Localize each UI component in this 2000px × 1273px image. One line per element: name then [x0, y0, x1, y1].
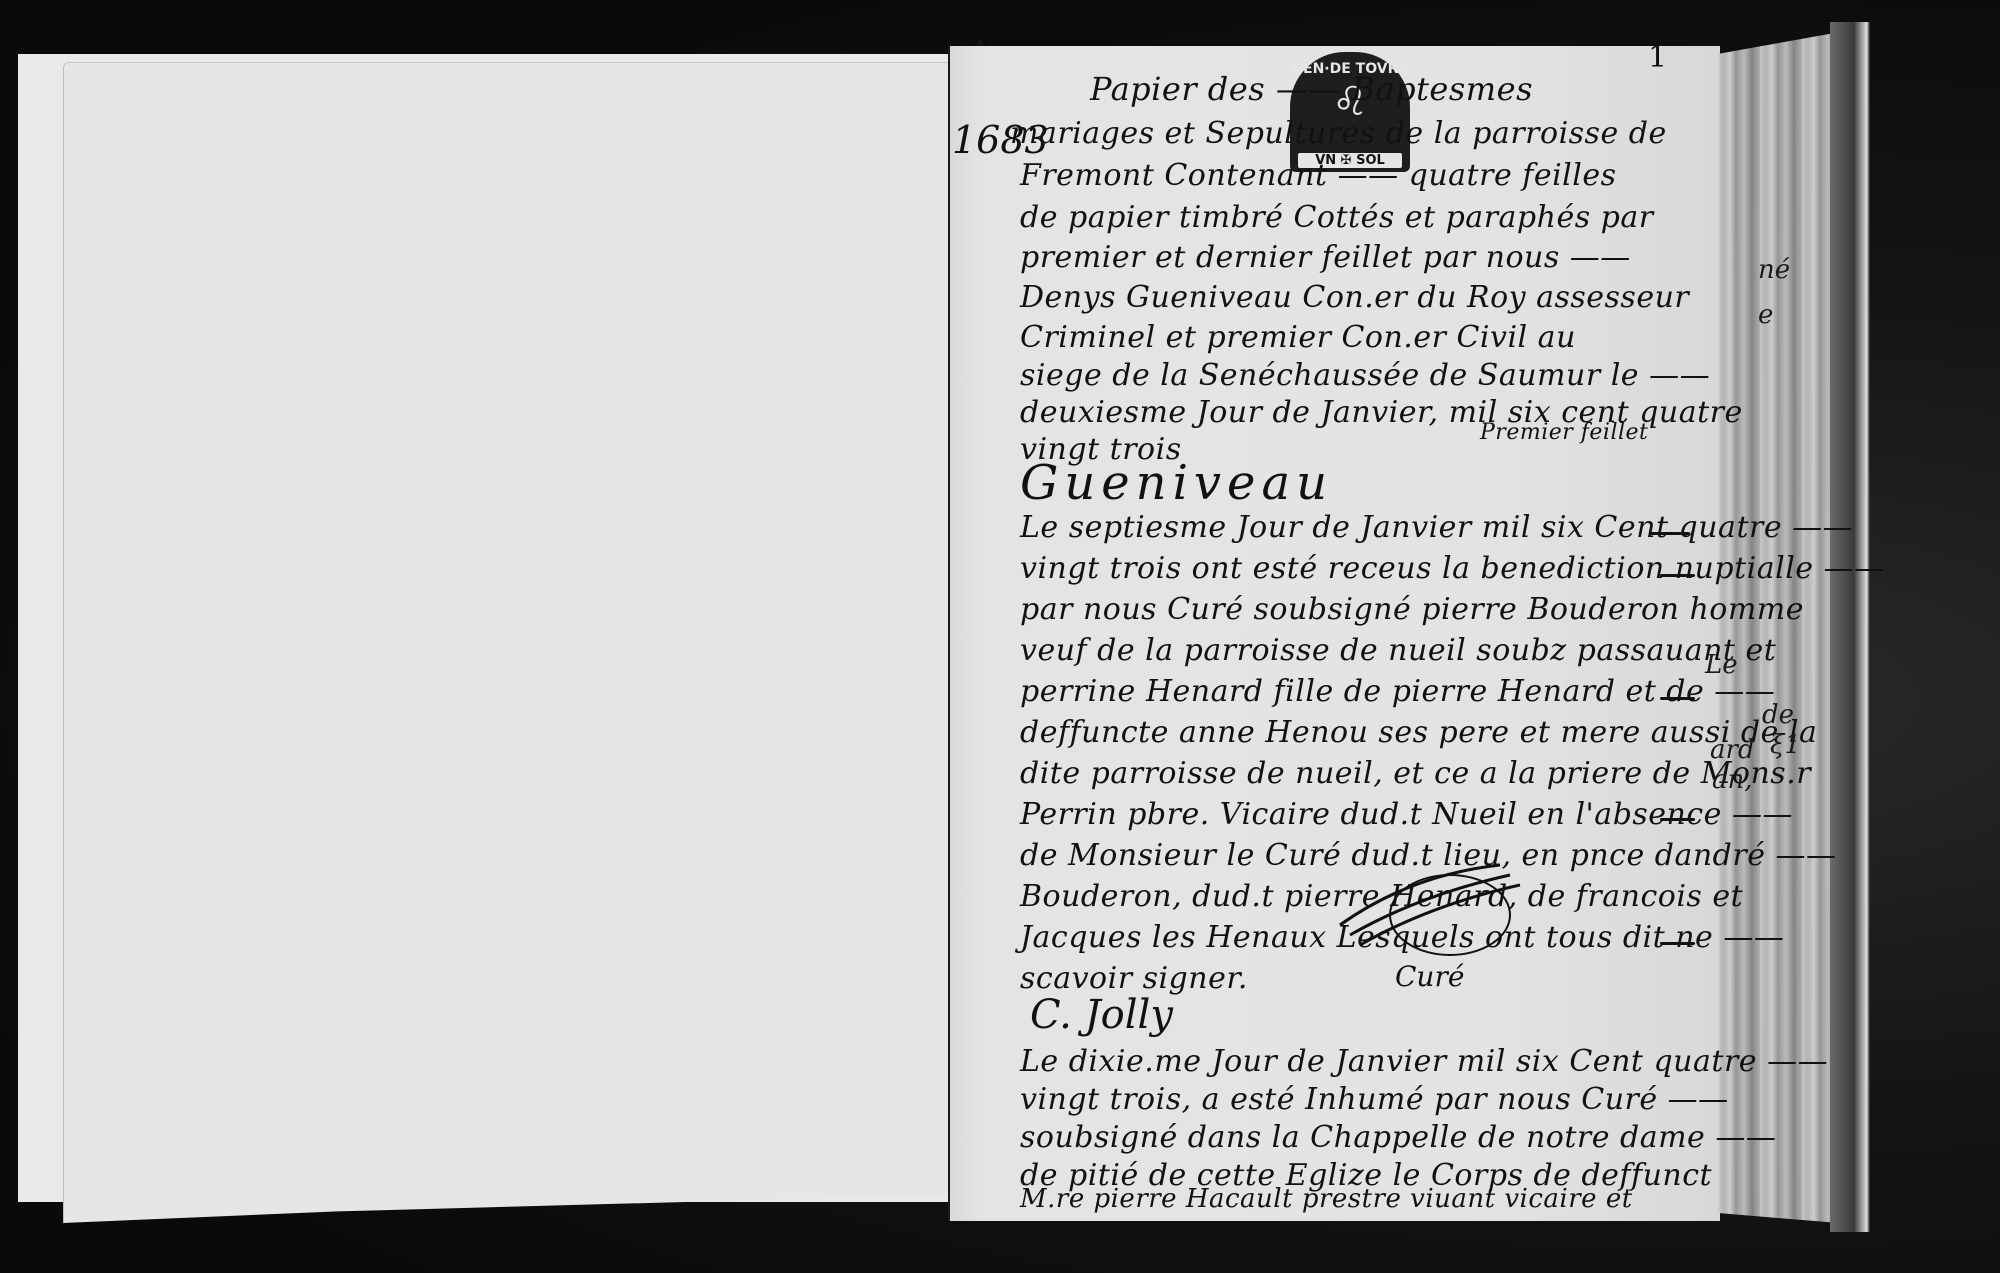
header-line: Papier des —— Baptesmes: [1090, 70, 1780, 108]
entry-1-line: deffuncte anne Henou ses pere et mere au…: [1020, 715, 1710, 750]
line-end-dash: [1650, 532, 1690, 535]
header-line: mariages et Sepultures de la parroisse d…: [1010, 116, 1700, 151]
entry-1-line: scavoir signer.: [1020, 961, 1220, 996]
signature-jolly: C. Jolly: [1030, 992, 1173, 1038]
fore-edge-fragment: de: [1762, 700, 1794, 730]
fore-edge-fragment: an,: [1712, 765, 1753, 795]
book-spine-edge: [1830, 22, 1870, 1232]
fore-edge-fragment: né: [1758, 255, 1790, 285]
header-line: de papier timbré Cottés et paraphés par: [1020, 200, 1710, 235]
header-line: Fremont Contenant —— quatre feilles: [1020, 158, 1710, 193]
entry-1-line: perrine Henard fille de pierre Henard et…: [1020, 674, 1710, 709]
signature-cure: Curé: [1395, 960, 1464, 993]
entry-1-line: par nous Curé soubsigné pierre Bouderon …: [1020, 592, 1710, 627]
entry-2-line: vingt trois, a esté Inhumé par nous Curé…: [1020, 1082, 1710, 1117]
line-end-dash: [1660, 574, 1695, 577]
paraph-signature: Gueniveau: [1020, 455, 1333, 511]
header-line: siege de la Senéchaussée de Saumur le ——: [1020, 358, 1710, 393]
entry-2-line: Le dixie.me Jour de Janvier mil six Cent…: [1020, 1044, 1710, 1079]
line-end-dash: [1660, 818, 1695, 821]
line-end-dash: [1660, 697, 1695, 700]
entry-2-line: soubsigné dans la Chappelle de notre dam…: [1020, 1120, 1710, 1155]
header-line: Denys Gueniveau Con.er du Roy assesseur: [1020, 280, 1710, 315]
entry-1-line: dite parroisse de nueil, et ce a la prie…: [1020, 756, 1710, 791]
signature-flourish-icon: [1330, 855, 1550, 965]
fore-edge-fragment: Le: [1705, 650, 1738, 680]
folio-note: Premier feillet: [1480, 420, 1660, 445]
entry-1-line: Le septiesme Jour de Janvier mil six Cen…: [1020, 510, 1710, 545]
blank-left-page: [63, 62, 979, 1223]
entry-1-line: Perrin pbre. Vicaire dud.t Nueil en l'ab…: [1020, 797, 1710, 832]
fore-edge-fragment: e: [1758, 300, 1773, 330]
entry-1-line: veuf de la parroisse de nueil soubz pass…: [1020, 633, 1710, 668]
header-line: premier et dernier feillet par nous ——: [1020, 240, 1710, 275]
fore-edge-fragment: ξ1: [1770, 730, 1801, 760]
header-line: Criminel et premier Con.er Civil au: [1020, 320, 1710, 355]
entry-1-line: vingt trois ont esté receus la benedicti…: [1020, 551, 1710, 586]
line-end-dash: [1660, 942, 1695, 945]
fore-edge-fragment: ard: [1710, 735, 1755, 765]
